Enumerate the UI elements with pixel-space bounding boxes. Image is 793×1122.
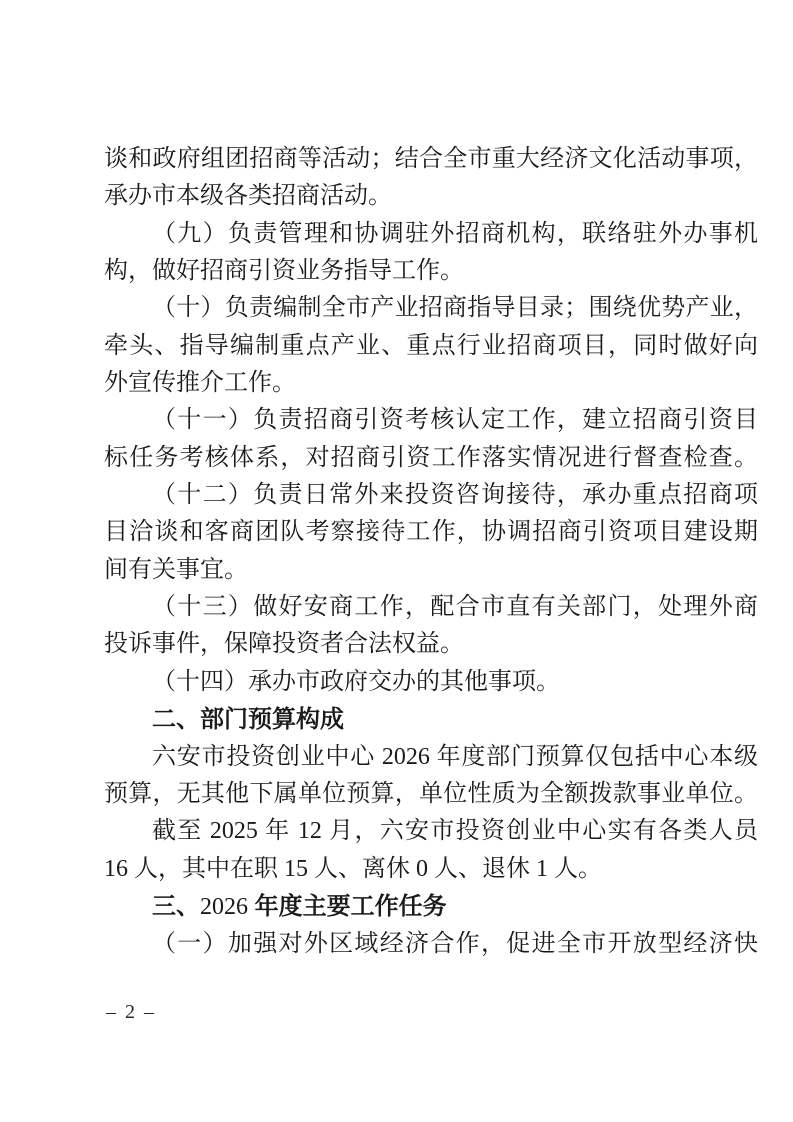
text-line: （九）负责管理和协调驻外招商机构，联络驻外办事机 <box>104 216 758 253</box>
latin-text: 16 <box>104 856 128 882</box>
text-line: 牵头、指导编制重点产业、重点行业招商项目，同时做好向 <box>104 328 758 365</box>
text-line: 间有关事宜。 <box>104 552 758 589</box>
text-line: （十四）承办市政府交办的其他事项。 <box>104 664 758 701</box>
latin-text: 12 <box>298 818 322 844</box>
text-line: （十一）负责招商引资考核认定工作，建立招商引资目 <box>104 402 758 439</box>
text-line: 预算，无其他下属单位预算，单位性质为全额拨款事业单位。 <box>104 776 758 813</box>
text-line: 外宣传推介工作。 <box>104 365 758 402</box>
text-line: 目洽谈和客商团队考察接待工作，协调招商引资项目建设期 <box>104 514 758 551</box>
text-line: 二、部门预算构成 <box>104 701 758 738</box>
latin-text: 15 <box>284 856 308 882</box>
text-line: （十三）做好安商工作，配合市直有关部门，处理外商 <box>104 589 758 626</box>
text-line: 三、2026 年度主要工作任务 <box>104 888 758 926</box>
latin-text: 2026 <box>382 744 430 770</box>
latin-text: 2025 <box>210 818 258 844</box>
paragraph: （十三）做好安商工作，配合市直有关部门，处理外商投诉事件，保障投资者合法权益。 <box>104 589 758 664</box>
text-line: （十二）负责日常外来投资咨询接待，承办重点招商项 <box>104 477 758 514</box>
text-line: 六安市投资创业中心 2026 年度部门预算仅包括中心本级 <box>104 739 758 776</box>
latin-text: 1 <box>536 856 548 882</box>
paragraph: 六安市投资创业中心 2026 年度部门预算仅包括中心本级预算，无其他下属单位预算… <box>104 739 758 814</box>
paragraph: 截至 2025 年 12 月，六安市投资创业中心实有各类人员16 人，其中在职 … <box>104 813 758 888</box>
text-line: （十）负责编制全市产业招商指导目录；围绕优势产业， <box>104 290 758 327</box>
text-line: 谈和政府组团招商等活动；结合全市重大经济文化活动事项， <box>104 141 758 178</box>
paragraph: （十四）承办市政府交办的其他事项。 <box>104 664 758 701</box>
text-line: 16 人，其中在职 15 人、离休 0 人、退休 1 人。 <box>104 851 758 888</box>
document-page: 谈和政府组团招商等活动；结合全市重大经济文化活动事项，承办市本级各类招商活动。（… <box>0 0 793 1122</box>
paragraph: （十二）负责日常外来投资咨询接待，承办重点招商项目洽谈和客商团队考察接待工作，协… <box>104 477 758 589</box>
latin-text: 0 <box>416 856 428 882</box>
text-line: （一）加强对外区域经济合作，促进全市开放型经济快 <box>104 926 758 963</box>
section-heading: 二、部门预算构成 <box>104 701 758 738</box>
text-line: 承办市本级各类招商活动。 <box>104 178 758 215</box>
paragraph: 谈和政府组团招商等活动；结合全市重大经济文化活动事项，承办市本级各类招商活动。 <box>104 141 758 216</box>
page-number: – 2 – <box>106 999 156 1025</box>
document-body: 谈和政府组团招商等活动；结合全市重大经济文化活动事项，承办市本级各类招商活动。（… <box>104 141 758 964</box>
paragraph: （十一）负责招商引资考核认定工作，建立招商引资目标任务考核体系，对招商引资工作落… <box>104 402 758 477</box>
text-line: 标任务考核体系，对招商引资工作落实情况进行督查检查。 <box>104 440 758 477</box>
text-line: 投诉事件，保障投资者合法权益。 <box>104 626 758 663</box>
text-line: 构，做好招商引资业务指导工作。 <box>104 253 758 290</box>
latin-text: 2026 <box>200 894 248 920</box>
paragraph: （九）负责管理和协调驻外招商机构，联络驻外办事机构，做好招商引资业务指导工作。 <box>104 216 758 291</box>
text-line: 截至 2025 年 12 月，六安市投资创业中心实有各类人员 <box>104 813 758 850</box>
paragraph: （十）负责编制全市产业招商指导目录；围绕优势产业，牵头、指导编制重点产业、重点行… <box>104 290 758 402</box>
section-heading: 三、2026 年度主要工作任务 <box>104 888 758 926</box>
paragraph: （一）加强对外区域经济合作，促进全市开放型经济快 <box>104 926 758 963</box>
